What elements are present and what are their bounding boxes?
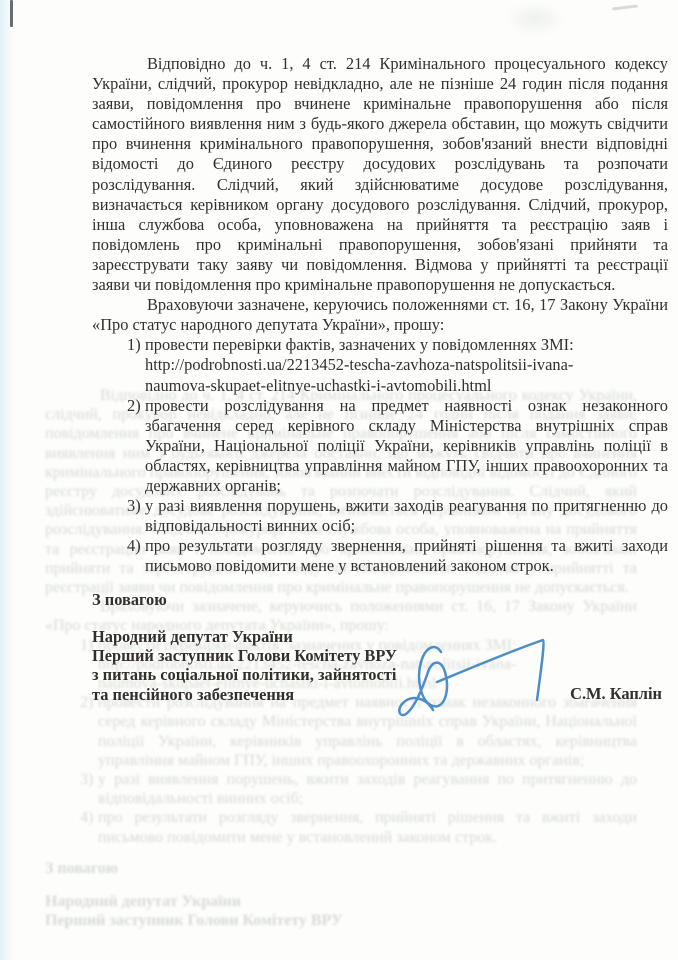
handwritten-signature — [393, 618, 563, 735]
item-text: у разі виявлення порушень, вжити заходів… — [145, 496, 668, 536]
ghost-closing: З повагою — [45, 859, 637, 878]
ghost-signature-titles: Народний депутат України Перший заступни… — [45, 892, 343, 931]
ghost-list-item: 4) про результати розгляду звернення, пр… — [80, 808, 637, 846]
scan-edge-strip — [0, 0, 12, 960]
item-text: провести розслідування на предмет наявно… — [145, 396, 668, 496]
scanned-letter-page: Відповідно до ч. 1, 4 ст. 214 Кримінальн… — [0, 0, 678, 960]
item-text: про результати розгляду звернення, прийн… — [145, 536, 668, 576]
scan-corner-smudge — [505, 2, 565, 36]
signature-title-line: та пенсійного забезпечення — [92, 685, 397, 704]
paragraph-legal-basis: Відповідно до ч. 1, 4 ст. 214 Кримінальн… — [92, 54, 668, 295]
ghost-item-text: у разі виявлення порушень, вжити заходів… — [98, 770, 637, 808]
ghost-signature-title-line: Перший заступник Голови Комітету ВРУ — [45, 911, 343, 930]
item-number: 3) — [127, 496, 141, 516]
media-url-line-2: naumova-skupaet-elitnye-uchastki-i-avtom… — [145, 376, 668, 396]
item-number: 1) — [127, 335, 141, 355]
request-list: 1) провести перевірки фактів, зазначених… — [127, 335, 668, 576]
item-text: провести перевірки фактів, зазначених у … — [145, 335, 668, 355]
closing-salutation: З повагою — [92, 590, 668, 610]
item-number: 4) — [127, 536, 141, 556]
request-item-3: 3) у разі виявлення порушень, вжити захо… — [127, 496, 668, 536]
signature-title-block: Народний депутат України Перший заступни… — [92, 627, 397, 705]
signatory-name: С.М. Каплін — [570, 684, 668, 704]
ghost-item-number: 3) — [80, 770, 93, 789]
request-item-4: 4) про результати розгляду звернення, пр… — [127, 536, 668, 576]
scan-edge-artifact — [10, 0, 13, 27]
signature-title-line: Народний депутат України — [92, 627, 397, 646]
item-number: 2) — [127, 396, 141, 416]
signature-row: Народний депутат України Перший заступни… — [92, 627, 668, 705]
signature-ink-icon — [393, 618, 563, 730]
scan-corner-mark — [612, 4, 638, 10]
signature-title-line: з питань соціальної політики, зайнятості — [92, 665, 397, 684]
paragraph-request-intro: Враховуючи зазначене, керуючись положенн… — [92, 295, 668, 335]
ghost-item-text: про результати розгляду звернення, прийн… — [98, 808, 637, 846]
media-url-line-1: http://podrobnosti.ua/2213452-tescha-zav… — [145, 355, 668, 375]
ghost-signature-title-line: Народний депутат України — [45, 892, 343, 911]
ghost-list-item: 3) у разі виявлення порушень, вжити захо… — [80, 770, 637, 808]
ghost-item-number: 4) — [80, 808, 93, 827]
letter-body: Відповідно до ч. 1, 4 ст. 214 Кримінальн… — [92, 54, 668, 704]
signature-title-line: Перший заступник Голови Комітету ВРУ — [92, 646, 397, 665]
request-item-2: 2) провести розслідування на предмет ная… — [127, 396, 668, 496]
request-item-1: 1) провести перевірки фактів, зазначених… — [127, 335, 668, 395]
ghost-signature-row: Народний депутат України Перший заступни… — [45, 892, 637, 931]
